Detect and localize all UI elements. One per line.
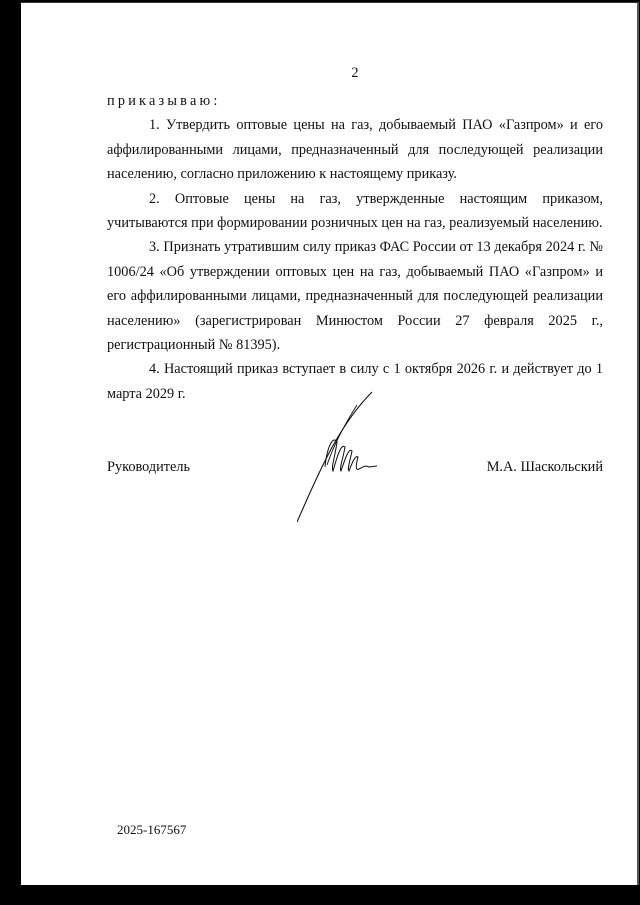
paragraph-3: 3. Признать утратившим силу приказ ФАС Р… bbox=[107, 235, 603, 357]
preamble: приказываю: bbox=[107, 89, 603, 113]
handwritten-signature-icon bbox=[297, 387, 397, 527]
paragraph-1: 1. Утвердить оптовые цены на газ, добыва… bbox=[107, 113, 603, 186]
signer-title: Руководитель bbox=[107, 455, 190, 479]
document-page: 2 приказываю: 1. Утвердить оптовые цены … bbox=[21, 2, 639, 885]
document-id: 2025-167567 bbox=[117, 818, 186, 842]
signer-name: М.А. Шаскольский bbox=[487, 455, 603, 479]
page-number: 2 bbox=[107, 61, 603, 85]
paragraph-2: 2. Оптовые цены на газ, утвержденные нас… bbox=[107, 187, 603, 236]
signature-block: Руководитель М.А. Шаскольский bbox=[107, 455, 603, 479]
order-body: приказываю: 1. Утвердить оптовые цены на… bbox=[107, 89, 603, 406]
